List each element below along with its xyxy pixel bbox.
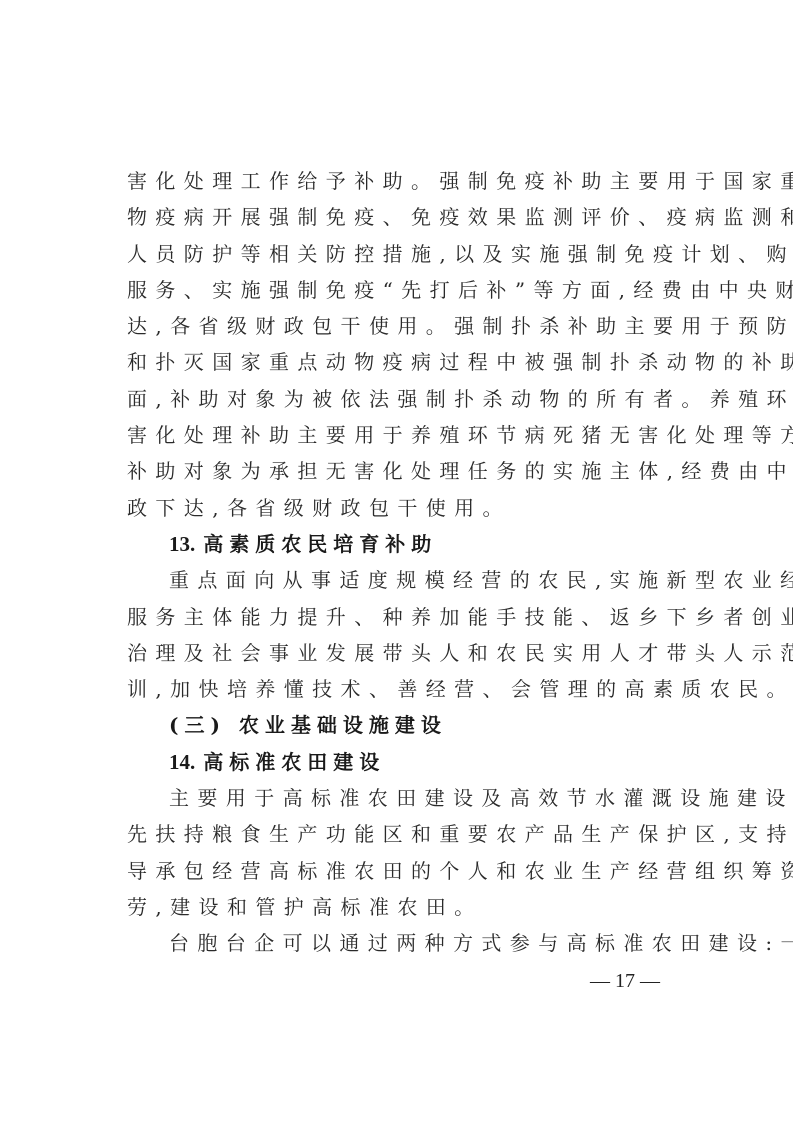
text-line: 治理及社会事业发展带头人和农民实用人才带头人示范等培: [127, 635, 672, 671]
part-heading-3: (三) 农业基础设施建设: [127, 707, 672, 743]
document-page: 害化处理工作给予补助。强制免疫补助主要用于国家重点动 物疫病开展强制免疫、免疫效…: [0, 0, 793, 1122]
text-line: 面,补助对象为被依法强制扑杀动物的所有者。养殖环节无: [127, 381, 672, 417]
section-heading-14: 14.高标准农田建设: [127, 744, 672, 780]
text-line: 害化处理工作给予补助。强制免疫补助主要用于国家重点动: [127, 163, 672, 199]
text-line: 主要用于高标准农田建设及高效节水灌溉设施建设,优: [127, 780, 672, 816]
text-line: 服务、实施强制免疫“先打后补”等方面,经费由中央财政下: [127, 272, 672, 308]
text-line: 补助对象为承担无害化处理任务的实施主体,经费由中央财: [127, 453, 672, 489]
text-line: 台胞台企可以通过两种方式参与高标准农田建设:一是: [127, 925, 672, 961]
section-number: 14.: [169, 750, 195, 774]
text-line: 先扶持粮食生产功能区和重要农产品生产保护区,支持和引: [127, 816, 672, 852]
text-line: 训,加快培养懂技术、善经营、会管理的高素质农民。: [127, 671, 672, 707]
page-body: 害化处理工作给予补助。强制免疫补助主要用于国家重点动 物疫病开展强制免疫、免疫效…: [127, 163, 672, 962]
text-line: 服务主体能力提升、种养加能手技能、返乡下乡者创业、乡村: [127, 599, 672, 635]
text-line: 劳,建设和管护高标准农田。: [127, 889, 672, 925]
text-line: 人员防护等相关防控措施,以及实施强制免疫计划、购买防疫: [127, 236, 672, 272]
text-line: 导承包经营高标准农田的个人和农业生产经营组织筹资投: [127, 853, 672, 889]
text-line: 达,各省级财政包干使用。强制扑杀补助主要用于预防、控制: [127, 308, 672, 344]
text-line: 害化处理补助主要用于养殖环节病死猪无害化处理等方面,: [127, 417, 672, 453]
page-number: — 17 —: [575, 970, 675, 993]
section-title: 高标准农田建设: [203, 750, 385, 774]
section-heading-13: 13.高素质农民培育补助: [127, 526, 672, 562]
section-title: 高素质农民培育补助: [203, 532, 437, 556]
text-line: 政下达,各省级财政包干使用。: [127, 490, 672, 526]
text-line: 和扑灭国家重点动物疫病过程中被强制扑杀动物的补助等方: [127, 344, 672, 380]
text-line: 重点面向从事适度规模经营的农民,实施新型农业经营: [127, 562, 672, 598]
section-number: 13.: [169, 532, 195, 556]
text-line: 物疫病开展强制免疫、免疫效果监测评价、疫病监测和净化、: [127, 199, 672, 235]
